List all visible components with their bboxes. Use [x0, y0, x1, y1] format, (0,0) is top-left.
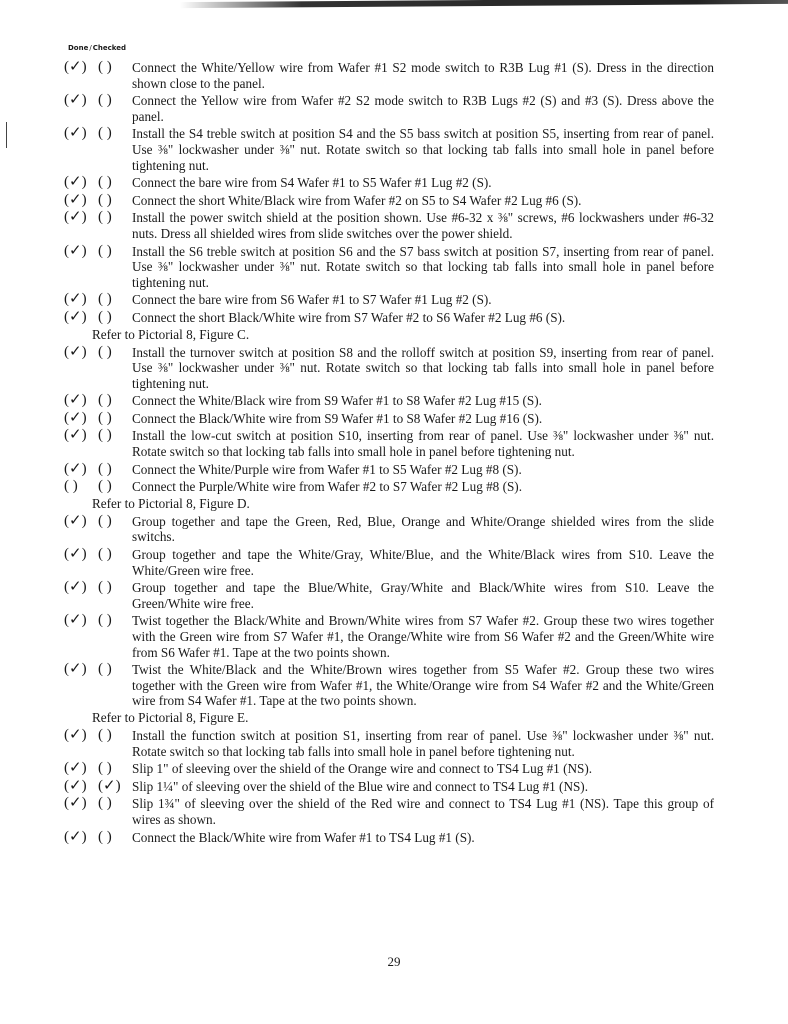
checked-checkbox[interactable]: ( ): [98, 462, 132, 478]
step-text: Slip 1" of sleeving over the shield of t…: [132, 761, 714, 777]
done-checkbox[interactable]: (✓): [64, 345, 98, 361]
done-checkbox[interactable]: (✓): [64, 175, 98, 191]
step-text: Connect the Black/White wire from S9 Waf…: [132, 411, 714, 427]
scan-top-edge: [180, 0, 788, 8]
instruction-step: (✓)( )Install the function switch at pos…: [64, 728, 714, 759]
instruction-step: (✓)( )Twist together the Black/White and…: [64, 613, 714, 660]
instruction-step: (✓)( )Install the power switch shield at…: [64, 210, 714, 241]
instruction-step: (✓)( )Connect the Black/White wire from …: [64, 411, 714, 427]
step-text: Install the low-cut switch at position S…: [132, 428, 714, 459]
checked-checkbox[interactable]: ( ): [98, 310, 132, 326]
checked-checkbox[interactable]: ( ): [98, 126, 132, 142]
step-text: Connect the Black/White wire from Wafer …: [132, 830, 714, 846]
step-text: Connect the short White/Black wire from …: [132, 193, 714, 209]
instruction-step: (✓)( )Connect the short Black/White wire…: [64, 310, 714, 326]
instruction-step: (✓)( )Connect the bare wire from S6 Wafe…: [64, 292, 714, 308]
step-text: Connect the bare wire from S6 Wafer #1 t…: [132, 292, 714, 308]
instruction-step: (✓)( )Group together and tape the Green,…: [64, 514, 714, 545]
checked-checkbox[interactable]: ( ): [98, 411, 132, 427]
checked-checkbox[interactable]: ( ): [98, 479, 132, 495]
checked-checkbox[interactable]: ( ): [98, 662, 132, 678]
step-text: Connect the bare wire from S4 Wafer #1 t…: [132, 175, 714, 191]
instruction-step: (✓)( )Group together and tape the Blue/W…: [64, 580, 714, 611]
instruction-step: (✓)( )Install the S4 treble switch at po…: [64, 126, 714, 173]
done-checkbox[interactable]: (✓): [64, 126, 98, 142]
step-text: Connect the White/Black wire from S9 Waf…: [132, 393, 714, 409]
done-checkbox[interactable]: (✓): [64, 662, 98, 678]
step-text: Slip 1¾" of sleeving over the shield of …: [132, 796, 714, 827]
done-checkbox[interactable]: (✓): [64, 244, 98, 260]
step-text: Install the turnover switch at position …: [132, 345, 714, 392]
instruction-list: (✓)( )Connect the White/Yellow wire from…: [64, 58, 714, 845]
checked-checkbox[interactable]: ( ): [98, 60, 132, 76]
done-checkbox[interactable]: (✓): [64, 292, 98, 308]
step-text: Group together and tape the Green, Red, …: [132, 514, 714, 545]
checked-checkbox[interactable]: ( ): [98, 345, 132, 361]
step-text: Group together and tape the White/Gray, …: [132, 547, 714, 578]
margin-mark: [6, 122, 7, 148]
done-checkbox[interactable]: (✓): [64, 613, 98, 629]
done-checkbox[interactable]: (✓): [64, 728, 98, 744]
instruction-step: (✓)(✓)Slip 1¼" of sleeving over the shie…: [64, 779, 714, 795]
checked-checkbox[interactable]: ( ): [98, 93, 132, 109]
done-checkbox[interactable]: (✓): [64, 580, 98, 596]
done-checkbox[interactable]: (✓): [64, 310, 98, 326]
checked-checkbox[interactable]: ( ): [98, 210, 132, 226]
done-header: Done: [68, 44, 88, 52]
checked-checkbox[interactable]: ( ): [98, 393, 132, 409]
done-checkbox[interactable]: (✓): [64, 547, 98, 563]
step-text: Install the power switch shield at the p…: [132, 210, 714, 241]
instruction-step: (✓)( )Connect the White/Purple wire from…: [64, 462, 714, 478]
step-text: Install the S6 treble switch at position…: [132, 244, 714, 291]
refer-note: Refer to Pictorial 8, Figure D.: [64, 496, 714, 512]
instruction-step: (✓)( )Connect the Black/White wire from …: [64, 830, 714, 846]
checked-checkbox[interactable]: ( ): [98, 547, 132, 563]
checked-checkbox[interactable]: ( ): [98, 244, 132, 260]
step-text: Connect the White/Yellow wire from Wafer…: [132, 60, 714, 91]
instruction-step: (✓)( )Connect the bare wire from S4 Wafe…: [64, 175, 714, 191]
step-text: Install the function switch at position …: [132, 728, 714, 759]
done-checkbox[interactable]: (✓): [64, 93, 98, 109]
step-text: Install the S4 treble switch at position…: [132, 126, 714, 173]
instruction-step: (✓)( )Install the low-cut switch at posi…: [64, 428, 714, 459]
instruction-step: (✓)( )Connect the Yellow wire from Wafer…: [64, 93, 714, 124]
done-checkbox[interactable]: (✓): [64, 193, 98, 209]
instruction-step: (✓)( )Slip 1¾" of sleeving over the shie…: [64, 796, 714, 827]
done-checkbox[interactable]: (✓): [64, 393, 98, 409]
step-text: Connect the short Black/White wire from …: [132, 310, 714, 326]
done-checkbox[interactable]: (✓): [64, 210, 98, 226]
checked-header: Checked: [93, 44, 126, 52]
done-checkbox[interactable]: (✓): [64, 761, 98, 777]
checked-checkbox[interactable]: ( ): [98, 796, 132, 812]
instruction-step: (✓)( )Group together and tape the White/…: [64, 547, 714, 578]
done-checkbox[interactable]: (✓): [64, 779, 98, 795]
done-checkbox[interactable]: (✓): [64, 60, 98, 76]
checked-checkbox[interactable]: ( ): [98, 728, 132, 744]
done-checkbox[interactable]: (✓): [64, 830, 98, 846]
checked-checkbox[interactable]: ( ): [98, 580, 132, 596]
done-checkbox[interactable]: (✓): [64, 462, 98, 478]
step-text: Twist together the Black/White and Brown…: [132, 613, 714, 660]
step-text: Connect the Purple/White wire from Wafer…: [132, 479, 714, 495]
instruction-step: (✓)( )Install the turnover switch at pos…: [64, 345, 714, 392]
step-text: Group together and tape the Blue/White, …: [132, 580, 714, 611]
checked-checkbox[interactable]: ( ): [98, 613, 132, 629]
step-text: Connect the Yellow wire from Wafer #2 S2…: [132, 93, 714, 124]
checked-checkbox[interactable]: ( ): [98, 175, 132, 191]
header-separator: /: [89, 44, 91, 52]
checked-checkbox[interactable]: (✓): [98, 779, 132, 795]
instruction-step: (✓)( )Slip 1" of sleeving over the shiel…: [64, 761, 714, 777]
refer-note: Refer to Pictorial 8, Figure C.: [64, 327, 714, 343]
checked-checkbox[interactable]: ( ): [98, 761, 132, 777]
done-checkbox[interactable]: (✓): [64, 514, 98, 530]
checked-checkbox[interactable]: ( ): [98, 514, 132, 530]
checked-checkbox[interactable]: ( ): [98, 193, 132, 209]
done-checkbox[interactable]: (✓): [64, 428, 98, 444]
step-text: Twist the White/Black and the White/Brow…: [132, 662, 714, 709]
instruction-step: (✓)( )Connect the White/Yellow wire from…: [64, 60, 714, 91]
page-number: 29: [0, 954, 788, 970]
checked-checkbox[interactable]: ( ): [98, 292, 132, 308]
checked-checkbox[interactable]: ( ): [98, 428, 132, 444]
done-checkbox[interactable]: (✓): [64, 796, 98, 812]
done-checkbox[interactable]: ( ): [64, 479, 98, 495]
instruction-step: ( )( )Connect the Purple/White wire from…: [64, 479, 714, 495]
instruction-step: (✓)( )Twist the White/Black and the Whit…: [64, 662, 714, 709]
step-text: Slip 1¼" of sleeving over the shield of …: [132, 779, 714, 795]
checked-checkbox[interactable]: ( ): [98, 830, 132, 846]
instruction-step: (✓)( )Install the S6 treble switch at po…: [64, 244, 714, 291]
instruction-step: (✓)( )Connect the short White/Black wire…: [64, 193, 714, 209]
instruction-step: (✓)( )Connect the White/Black wire from …: [64, 393, 714, 409]
checkbox-column-headers: Done/Checked: [68, 44, 126, 52]
step-text: Connect the White/Purple wire from Wafer…: [132, 462, 714, 478]
refer-note: Refer to Pictorial 8, Figure E.: [64, 710, 714, 726]
done-checkbox[interactable]: (✓): [64, 411, 98, 427]
